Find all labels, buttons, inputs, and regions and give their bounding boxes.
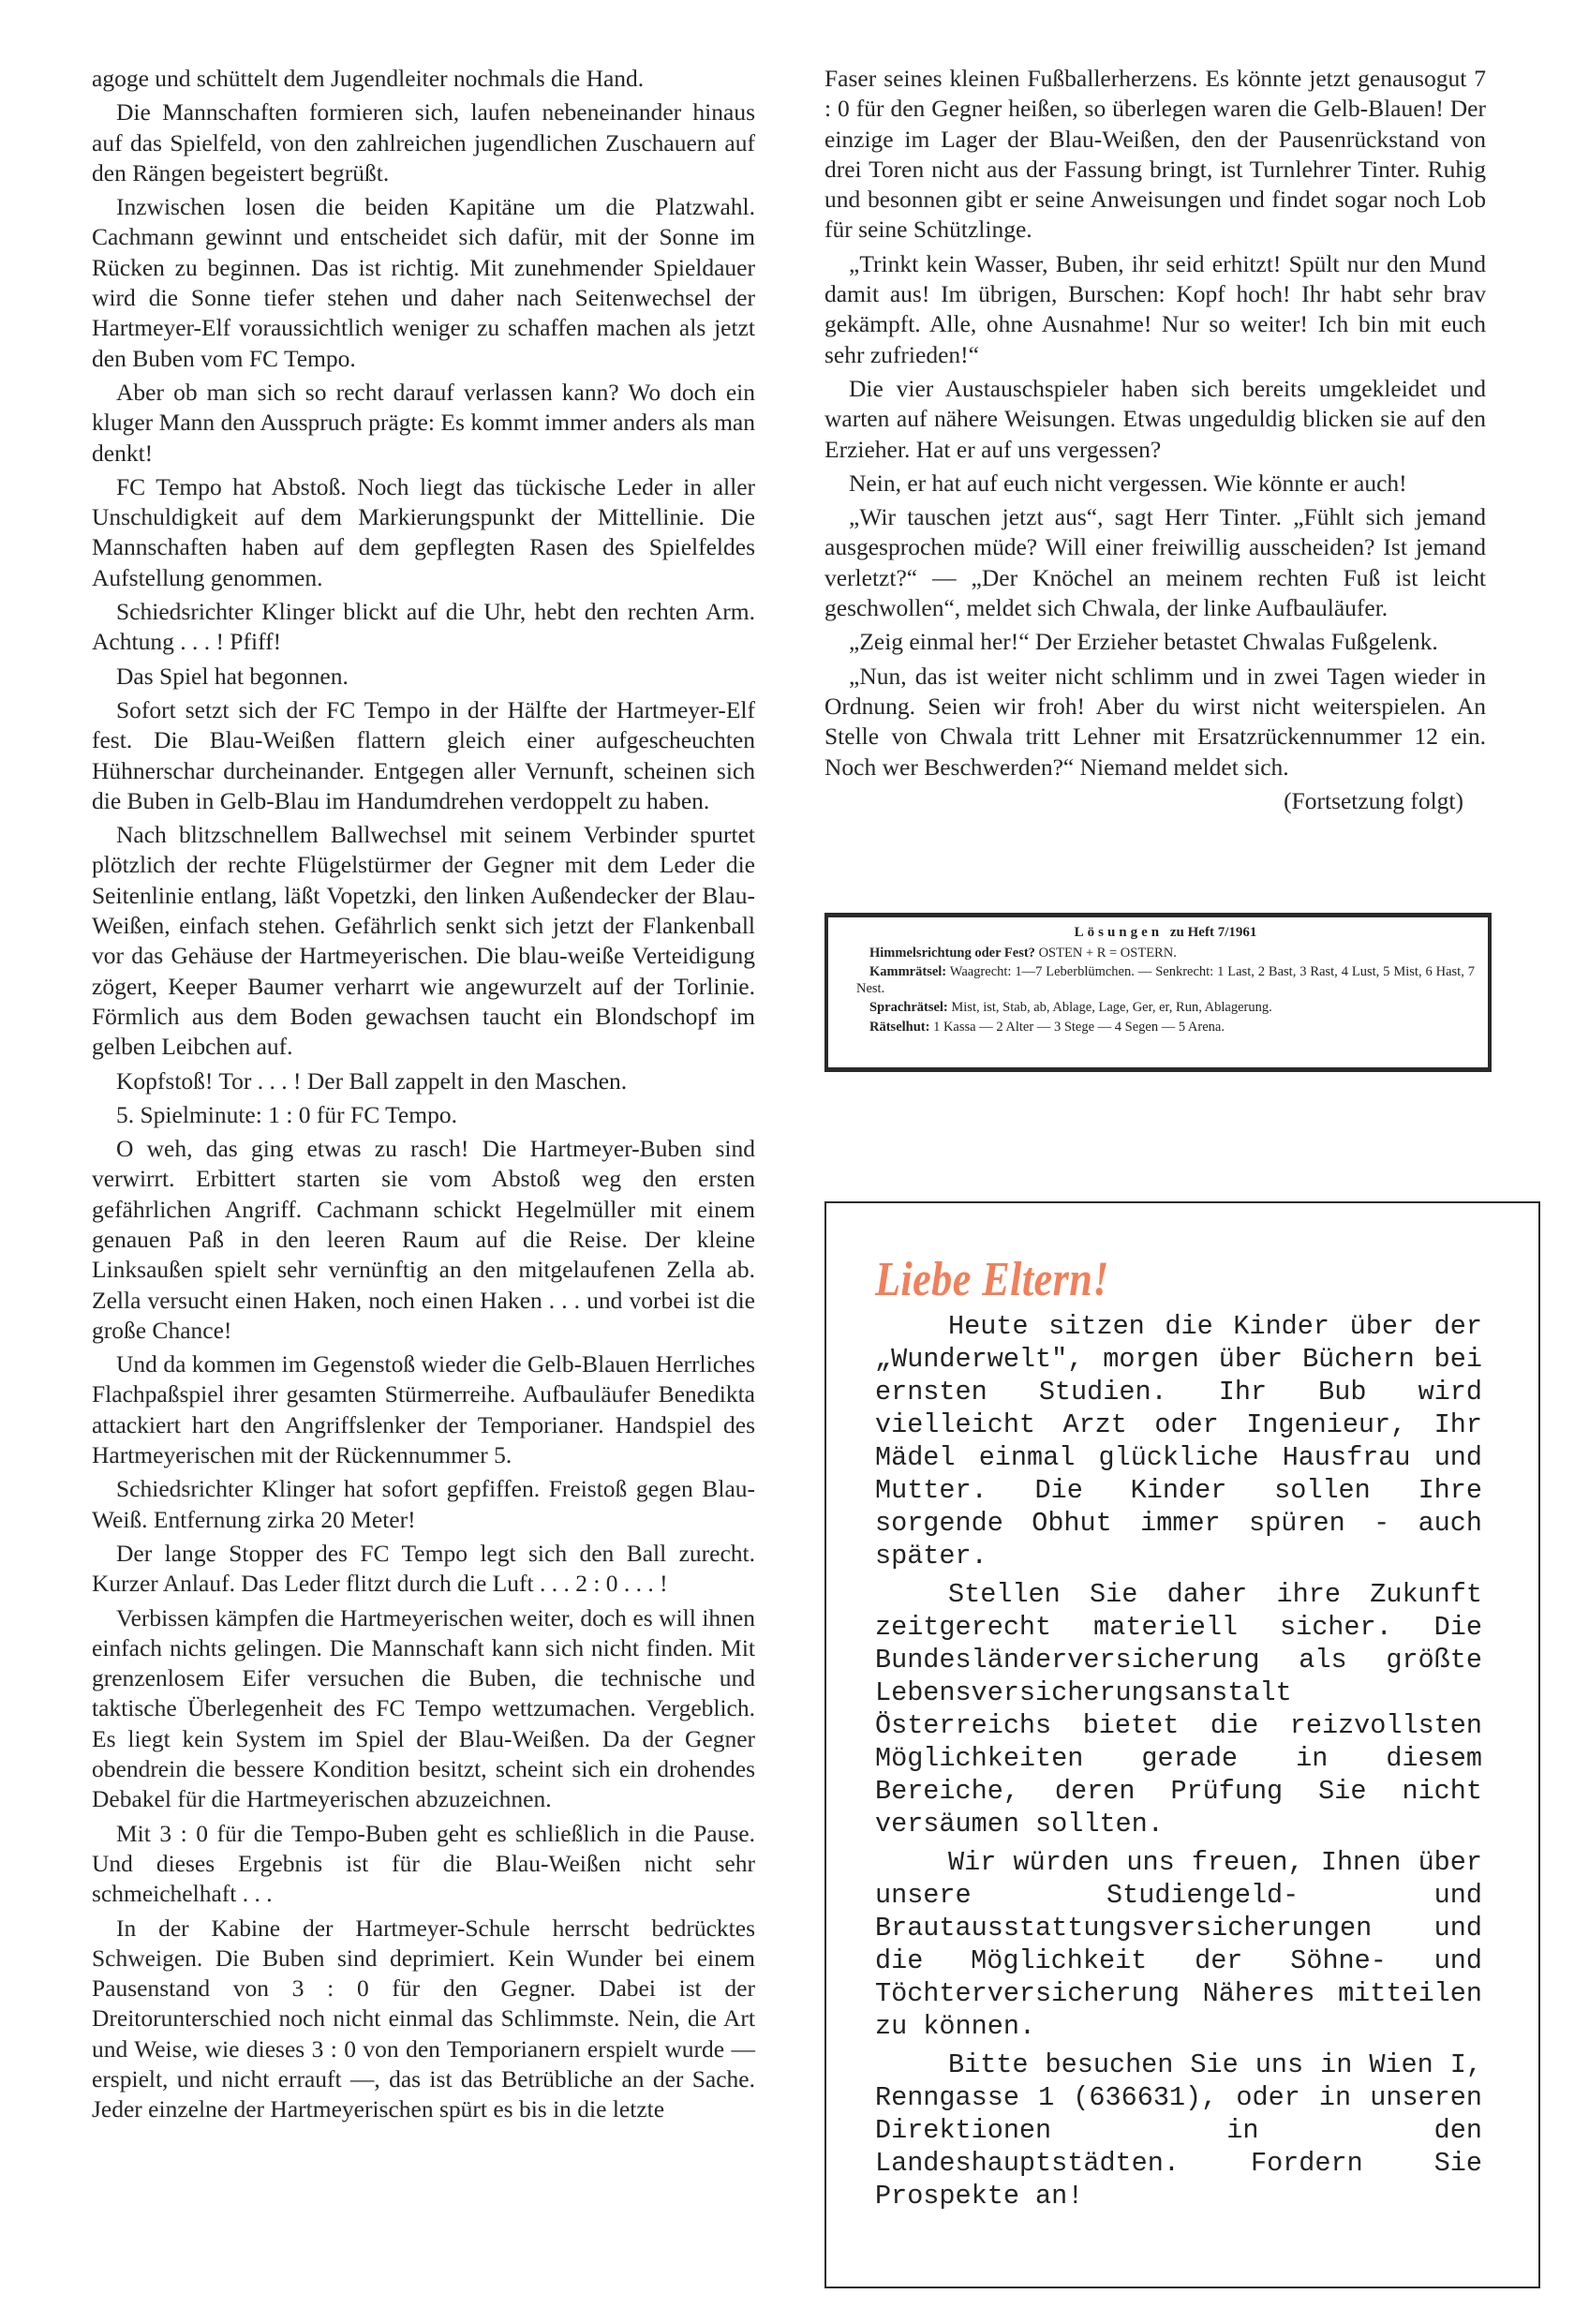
article-paragraph: Kopfstoß! Tor . . . ! Der Ball zappelt i… — [92, 1066, 755, 1096]
insurance-advertisement: Liebe Eltern! Heute sitzen die Kinder üb… — [824, 1201, 1540, 2288]
solution-text: Mist, ist, Stab, ab, Ablage, Lage, Ger, … — [948, 1000, 1272, 1015]
solution-text: OSTEN + R = OSTERN. — [1035, 946, 1177, 961]
article-paragraph: O weh, das ging etwas zu rasch! Die Hart… — [92, 1134, 755, 1346]
article-paragraph: Der lange Stopper des FC Tempo legt sich… — [92, 1539, 755, 1600]
article-paragraph: Nein, er hat auf euch nicht vergessen. W… — [824, 469, 1486, 499]
article-paragraph: „Trinkt kein Wasser, Buben, ihr seid erh… — [824, 249, 1486, 370]
article-paragraph: Und da kommen im Gegenstoß wieder die Ge… — [92, 1349, 755, 1470]
solutions-title-rest: zu Heft 7/1961 — [1170, 925, 1256, 940]
solutions-title: Lösungen zu Heft 7/1961 — [856, 925, 1475, 942]
article-paragraph: Aber ob man sich so recht darauf verlass… — [92, 378, 755, 469]
article-paragraph: Verbissen kämpfen die Hartmeyerischen we… — [92, 1603, 755, 1815]
article-right-column: Faser seines kleinen Fußballerherzens. E… — [824, 64, 1486, 816]
ad-heading: Liebe Eltern! — [875, 1252, 1391, 1308]
article-paragraph: Das Spiel hat begonnen. — [92, 662, 755, 692]
solutions-title-spaced: Lösungen — [1075, 925, 1164, 940]
article-paragraph: Schiedsrichter Klinger blickt auf die Uh… — [92, 597, 755, 658]
article-paragraph: Nach blitzschnellem Ballwechsel mit sein… — [92, 820, 755, 1062]
article-paragraph: Schiedsrichter Klinger hat sofort gepfif… — [92, 1474, 755, 1535]
solution-item: Rätselhut: 1 Kassa — 2 Alter — 3 Stege —… — [856, 1020, 1475, 1036]
article-paragraph: 5. Spielminute: 1 : 0 für FC Tempo. — [92, 1100, 755, 1130]
puzzle-solutions-box: Lösungen zu Heft 7/1961 Himmelsrichtung … — [824, 913, 1492, 1072]
ad-body: Heute sitzen die Kinder über der „Wunder… — [875, 1310, 1482, 2212]
solution-text: Waagrecht: 1—7 Leberblümchen. — Senkrech… — [856, 964, 1475, 996]
ad-paragraph: Wir würden uns freuen, Ihnen über unsere… — [875, 1846, 1482, 2043]
solution-item: Kammrätsel: Waagrecht: 1—7 Leberblümchen… — [856, 964, 1475, 997]
article-paragraph: FC Tempo hat Abstoß. Noch liegt das tück… — [92, 472, 755, 593]
article-paragraph: Faser seines kleinen Fußballerherzens. E… — [824, 64, 1486, 246]
article-paragraph: Mit 3 : 0 für die Tempo-Buben geht es sc… — [92, 1819, 755, 1910]
article-paragraph: Sofort setzt sich der FC Tempo in der Hä… — [92, 695, 755, 816]
ad-paragraph: Heute sitzen die Kinder über der „Wunder… — [875, 1310, 1482, 1572]
article-paragraph: agoge und schüttelt dem Jugendleiter noc… — [92, 64, 755, 94]
solution-label: Himmelsrichtung oder Fest? — [869, 946, 1035, 961]
solution-label: Sprachrätsel: — [869, 1000, 948, 1015]
article-paragraph: „Wir tauschen jetzt aus“, sagt Herr Tint… — [824, 502, 1486, 623]
ad-paragraph: Stellen Sie daher ihre Zukunft zeitgerec… — [875, 1578, 1482, 1840]
ad-paragraph: Bitte besuchen Sie uns in Wien I, Rennga… — [875, 2048, 1482, 2212]
article-paragraph: Die Mannschaften formieren sich, laufen … — [92, 97, 755, 188]
solution-label: Kammrätsel: — [869, 964, 946, 979]
article-paragraph: „Nun, das ist weiter nicht schlimm und i… — [824, 662, 1486, 782]
solution-text: 1 Kassa — 2 Alter — 3 Stege — 4 Segen — … — [929, 1020, 1225, 1035]
article-paragraph: Die vier Austauschspieler haben sich ber… — [824, 374, 1486, 465]
article-left-column: agoge und schüttelt dem Jugendleiter noc… — [92, 64, 755, 2129]
article-paragraph: In der Kabine der Hartmeyer-Schule herrs… — [92, 1914, 755, 2125]
continued-note: (Fortsetzung folgt) — [824, 786, 1486, 816]
solution-item: Himmelsrichtung oder Fest? OSTEN + R = O… — [856, 946, 1475, 962]
solution-item: Sprachrätsel: Mist, ist, Stab, ab, Ablag… — [856, 1000, 1475, 1017]
article-paragraph: „Zeig einmal her!“ Der Erzieher betastet… — [824, 627, 1486, 657]
article-paragraph: Inzwischen losen die beiden Kapitäne um … — [92, 192, 755, 374]
solution-label: Rätselhut: — [869, 1020, 929, 1035]
